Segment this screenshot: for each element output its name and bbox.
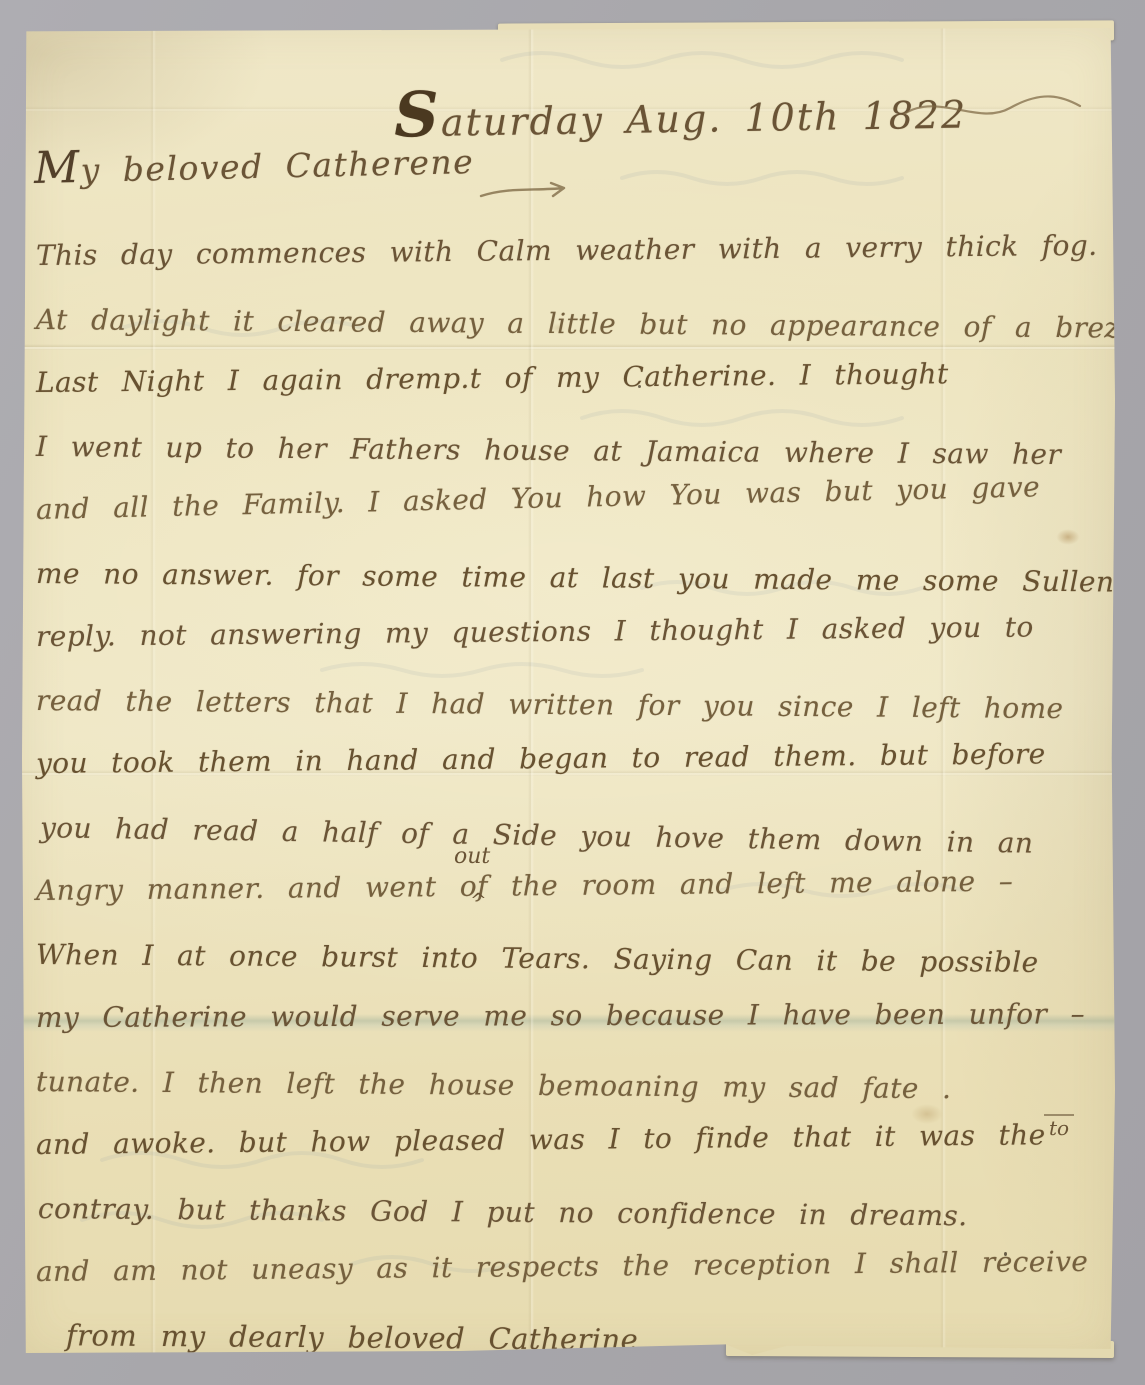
letter-salutation: My beloved Catherene [33,133,474,194]
insertion-caret: ^ [470,888,487,912]
letter-line: Angry manner. and went of the room and l… [36,849,1115,923]
letter-paper: Saturday Aug. 10th 1822 My beloved Cathe… [22,28,1115,1355]
letter-line: Last Night I again dremp.t of my Catheri… [36,341,1115,415]
insertion-word-to: to [1044,1114,1074,1142]
letter-line: from my dearly beloved Catherine [36,1304,1114,1376]
scanned-letter-page: Saturday Aug. 10th 1822 My beloved Cathe… [0,0,1145,1385]
letter-dateline: Saturday Aug. 10th 1822 [393,70,967,152]
letter-line: reply. not answering my questions I thou… [36,595,1115,669]
letter-line: you took them in hand and began to read … [36,722,1115,796]
letter-line: This day commences with Calm weather wit… [36,214,1115,288]
letter-line: and awoke. but how pleased was I to find… [36,1103,1115,1177]
insertion-word-out: out [454,844,490,869]
flourish-arrow [478,178,574,206]
flourish-swash [898,86,1088,130]
letter-line: and am not uneasy as it respects the rec… [36,1230,1115,1304]
letter-line: my Catherine would serve me so because I… [36,982,1114,1049]
letter-body: This day commences with Calm weather wit… [36,224,1114,1367]
